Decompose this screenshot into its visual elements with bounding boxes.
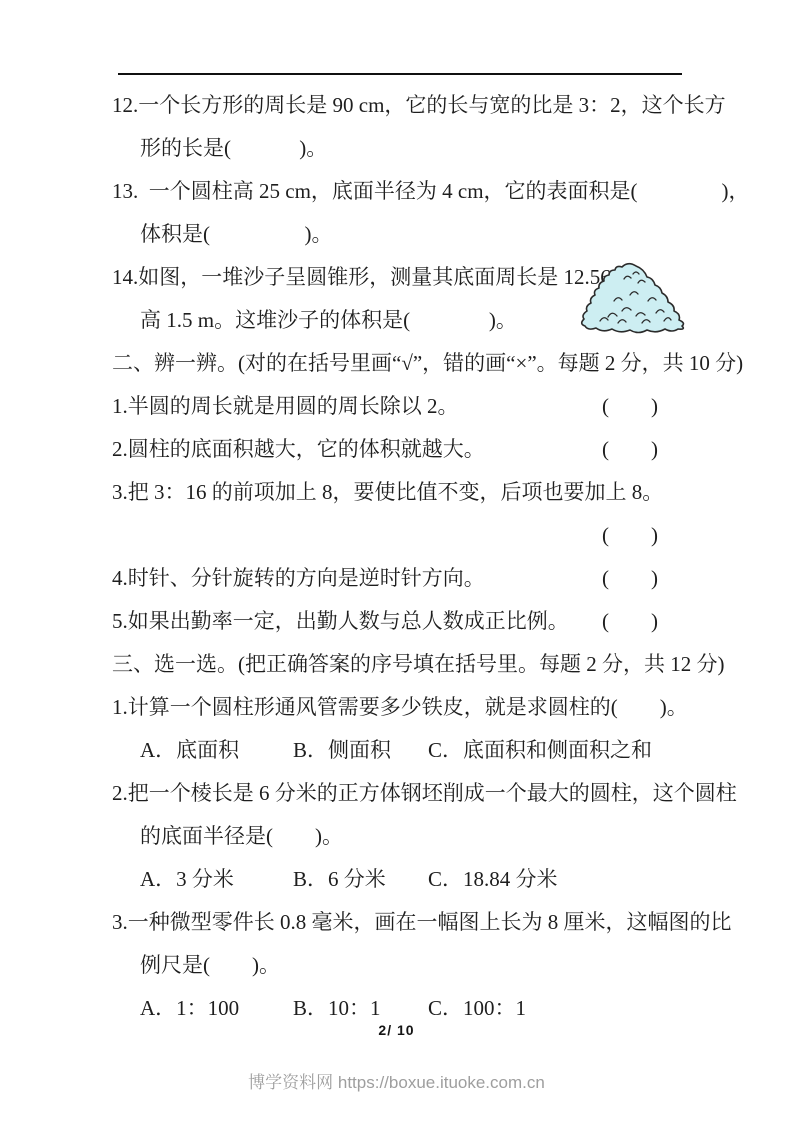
question-12-line-1: 12.一个长方形的周长是 90 cm，它的长与宽的比是 3：2，这个长方 bbox=[112, 84, 678, 127]
question-13-line-2: 体积是( )。 bbox=[112, 213, 678, 256]
sand-pile-illustration bbox=[578, 260, 690, 338]
exam-body: 12.一个长方形的周长是 90 cm，它的长与宽的比是 3：2，这个长方 形的长… bbox=[112, 84, 678, 1030]
judge-item-5-text: 5.如果出勤率一定，出勤人数与总人数成正比例。 bbox=[112, 600, 569, 643]
section-3-header: 三、选一选。(把正确答案的序号填在括号里。每题 2 分，共 12 分) bbox=[112, 643, 678, 686]
choice-q3-line-2: 例尺是( )。 bbox=[112, 944, 678, 987]
choice-q1-text: 1.计算一个圆柱形通风管需要多少铁皮，就是求圆柱的( )。 bbox=[112, 686, 678, 729]
judge-item-5-answer-bracket: ( ) bbox=[602, 600, 658, 643]
choice-q1-option-b: B．侧面积 bbox=[293, 729, 428, 772]
choice-q2-option-b: B．6 分米 bbox=[293, 858, 428, 901]
judge-item-4-text: 4.时针、分针旋转的方向是逆时针方向。 bbox=[112, 557, 485, 600]
judge-item-1-answer-bracket: ( ) bbox=[602, 385, 658, 428]
question-12-line-2: 形的长是( )。 bbox=[112, 127, 678, 170]
choice-q2-option-a: A．3 分米 bbox=[140, 858, 293, 901]
choice-q2-line-1: 2.把一个棱长是 6 分米的正方体钢坯削成一个最大的圆柱，这个圆柱 bbox=[112, 772, 678, 815]
choice-q2-line-2: 的底面半径是( )。 bbox=[112, 815, 678, 858]
judge-item-5: 5.如果出勤率一定，出勤人数与总人数成正比例。 ( ) bbox=[112, 600, 678, 643]
judge-item-3-answer-bracket: ( ) bbox=[602, 514, 658, 557]
choice-q1-options: A．底面积 B．侧面积 C．底面积和侧面积之和 bbox=[112, 729, 678, 772]
judge-item-4: 4.时针、分针旋转的方向是逆时针方向。 ( ) bbox=[112, 557, 678, 600]
judge-item-1: 1.半圆的周长就是用圆的周长除以 2。 ( ) bbox=[112, 385, 678, 428]
choice-q1-option-a: A．底面积 bbox=[140, 729, 293, 772]
judge-item-3-bracket-row: ( ) bbox=[112, 514, 678, 557]
judge-item-2-answer-bracket: ( ) bbox=[602, 428, 658, 471]
watermark-text: 博学资料网 https://boxue.ituoke.com.cn bbox=[0, 1068, 793, 1093]
section-2-header: 二、辨一辨。(对的在括号里画“√”，错的画“×”。每题 2 分，共 10 分) bbox=[112, 342, 678, 385]
choice-q3-line-1: 3.一种微型零件长 0.8 毫米，画在一幅图上长为 8 厘米，这幅图的比 bbox=[112, 901, 678, 944]
choice-q2-options: A．3 分米 B．6 分米 C．18.84 分米 bbox=[112, 858, 678, 901]
exam-page: 12.一个长方形的周长是 90 cm，它的长与宽的比是 3：2，这个长方 形的长… bbox=[0, 0, 793, 1122]
judge-item-2-text: 2.圆柱的底面积越大，它的体积就越大。 bbox=[112, 428, 485, 471]
judge-item-2: 2.圆柱的底面积越大，它的体积就越大。 ( ) bbox=[112, 428, 678, 471]
judge-item-3-text: 3.把 3：16 的前项加上 8，要使比值不变，后项也要加上 8。 bbox=[112, 471, 678, 514]
question-13-line-1: 13. 一个圆柱高 25 cm，底面半径为 4 cm，它的表面积是( )， bbox=[112, 170, 678, 213]
choice-q1-option-c: C．底面积和侧面积之和 bbox=[428, 729, 652, 772]
choice-q2-option-c: C．18.84 分米 bbox=[428, 858, 558, 901]
judge-item-4-answer-bracket: ( ) bbox=[602, 557, 658, 600]
judge-item-1-text: 1.半圆的周长就是用圆的周长除以 2。 bbox=[112, 385, 459, 428]
page-number: 2/ 10 bbox=[0, 1022, 793, 1038]
header-divider bbox=[118, 73, 682, 75]
